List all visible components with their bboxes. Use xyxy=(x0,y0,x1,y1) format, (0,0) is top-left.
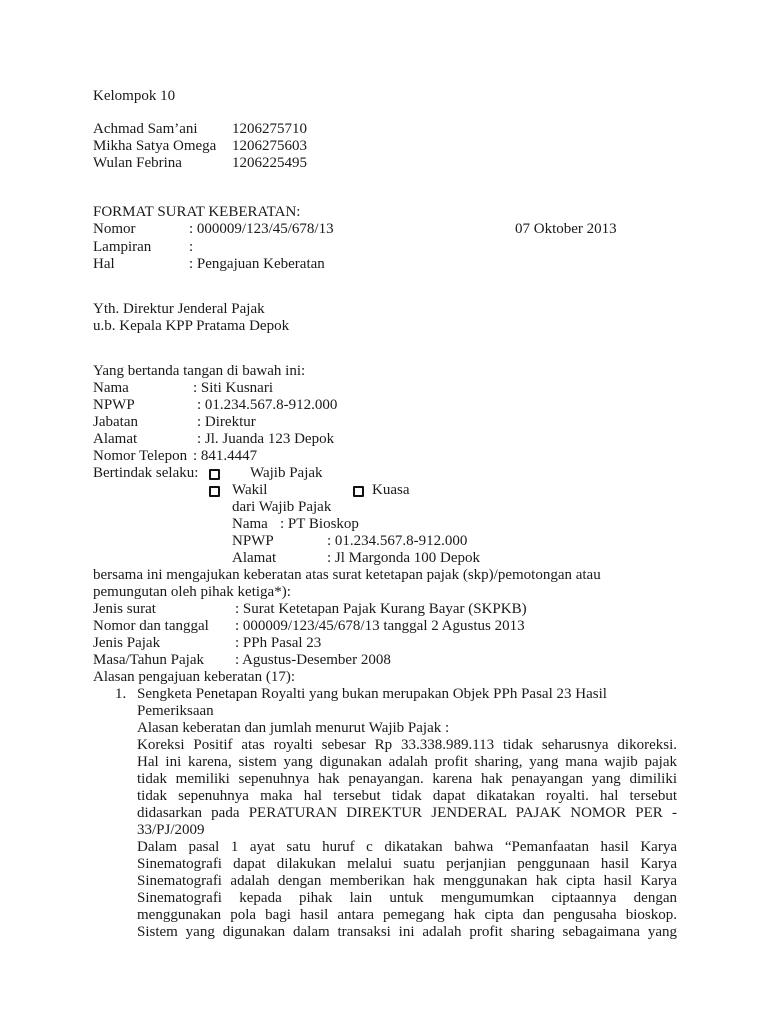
paragraph-line: Sinematografi dapat dilakukan melalui su… xyxy=(137,856,677,873)
member-name: Wulan Febrina xyxy=(93,155,182,172)
objection-field-value: : PPh Pasal 23 xyxy=(235,635,321,652)
signer-field-label: NPWP xyxy=(93,397,135,414)
acting-as-label: Bertindak selaku: xyxy=(93,465,198,482)
hal-label: Hal xyxy=(93,256,115,273)
option-wajib-pajak: Wajib Pajak xyxy=(250,465,323,482)
signer-field-value: : Jl. Juanda 123 Depok xyxy=(197,431,334,448)
signer-field-label: Nama xyxy=(93,380,129,397)
paragraph-line: Koreksi Positif atas royalti sebesar Rp … xyxy=(137,737,677,754)
objection-field-label: Nomor dan tanggal xyxy=(93,618,209,635)
taxpayer-field-label: Alamat xyxy=(232,550,276,567)
taxpayer-field-value: : 01.234.567.8-912.000 xyxy=(327,533,467,550)
paragraph-line: 33/PJ/2009 xyxy=(137,822,677,839)
option-kuasa: Kuasa xyxy=(372,482,410,499)
objection-field-value: : 000009/123/45/678/13 tanggal 2 Agustus… xyxy=(235,618,525,635)
letter-date: 07 Oktober 2013 xyxy=(515,221,617,238)
objection-field-label: Masa/Tahun Pajak xyxy=(93,652,204,669)
member-id: 1206275710 xyxy=(232,121,307,138)
member-id: 1206275603 xyxy=(232,138,307,155)
signer-field-label: Nomor Telepon xyxy=(93,448,187,465)
recipient-line: Yth. Direktur Jenderal Pajak xyxy=(93,301,265,318)
paragraph-line: didasarkan pada PERATURAN DIREKTUR JENDE… xyxy=(137,805,677,822)
objection-field-value: : Agustus-Desember 2008 xyxy=(235,652,391,669)
dari-wajib-pajak: dari Wajib Pajak xyxy=(232,499,331,516)
paragraph-line: menggunakan pola bagi hasil antara pemeg… xyxy=(137,907,677,924)
nomor-value: : 000009/123/45/678/13 xyxy=(189,221,334,238)
item-subtitle: Alasan keberatan dan jumlah menurut Waji… xyxy=(137,720,449,737)
document-page: Kelompok 10 Achmad Sam’ani 1206275710 Mi… xyxy=(0,0,768,1024)
taxpayer-field-value: : Jl Margonda 100 Depok xyxy=(327,550,480,567)
taxpayer-field-label: NPWP xyxy=(232,533,274,550)
paragraph-line: Dalam pasal 1 ayat satu huruf c dikataka… xyxy=(137,839,677,856)
checkbox-wajib-pajak[interactable] xyxy=(209,469,220,480)
format-title: FORMAT SURAT KEBERATAN: xyxy=(93,204,300,221)
taxpayer-field-value: : PT Bioskop xyxy=(280,516,359,533)
objection-field-label: Jenis surat xyxy=(93,601,156,618)
taxpayer-field-label: Nama xyxy=(232,516,268,533)
paragraph-line: Sinematografi kepada pihak lain untuk me… xyxy=(137,890,677,907)
nomor-label: Nomor xyxy=(93,221,136,238)
member-name: Achmad Sam’ani xyxy=(93,121,198,138)
objection-field-label: Jenis Pajak xyxy=(93,635,160,652)
recipient-line: u.b. Kepala KPP Pratama Depok xyxy=(93,318,289,335)
signer-field-value: : 841.4447 xyxy=(193,448,257,465)
signer-intro: Yang bertanda tangan di bawah ini: xyxy=(93,363,305,380)
lampiran-label: Lampiran xyxy=(93,239,151,256)
signer-field-value: : Direktur xyxy=(197,414,256,431)
signer-field-label: Alamat xyxy=(93,431,137,448)
paragraph-line: Hal ini karena, sistem yang digunakan ad… xyxy=(137,754,677,771)
objection-intro: pemungutan oleh pihak ketiga*): xyxy=(93,584,291,601)
objection-intro: bersama ini mengajukan keberatan atas su… xyxy=(93,567,601,584)
objection-field-value: : Surat Ketetapan Pajak Kurang Bayar (SK… xyxy=(235,601,527,618)
member-name: Mikha Satya Omega xyxy=(93,138,216,155)
list-item-number: 1. xyxy=(115,686,126,703)
signer-field-value: : 01.234.567.8-912.000 xyxy=(197,397,337,414)
checkbox-wakil[interactable] xyxy=(209,486,220,497)
paragraph-line: Sistem yang digunakan dalam transaksi in… xyxy=(137,924,677,941)
paragraph-line: Sinematografi adalah dengan memberikan h… xyxy=(137,873,677,890)
signer-field-value: : Siti Kusnari xyxy=(193,380,273,397)
lampiran-value: : xyxy=(189,239,193,256)
group-title: Kelompok 10 xyxy=(93,88,175,105)
reasons-title: Alasan pengajuan keberatan (17): xyxy=(93,669,295,686)
option-wakil: Wakil xyxy=(232,482,267,499)
item-title: Sengketa Penetapan Royalti yang bukan me… xyxy=(137,686,607,703)
paragraph-line: tidak sepenuhnya maka hal tersebut tidak… xyxy=(137,788,677,805)
checkbox-kuasa[interactable] xyxy=(353,486,364,497)
signer-field-label: Jabatan xyxy=(93,414,138,431)
member-id: 1206225495 xyxy=(232,155,307,172)
hal-value: : Pengajuan Keberatan xyxy=(189,256,325,273)
item-title: Pemeriksaan xyxy=(137,703,214,720)
paragraph-line: tidak memiliki sepenuhnya hak penayangan… xyxy=(137,771,677,788)
